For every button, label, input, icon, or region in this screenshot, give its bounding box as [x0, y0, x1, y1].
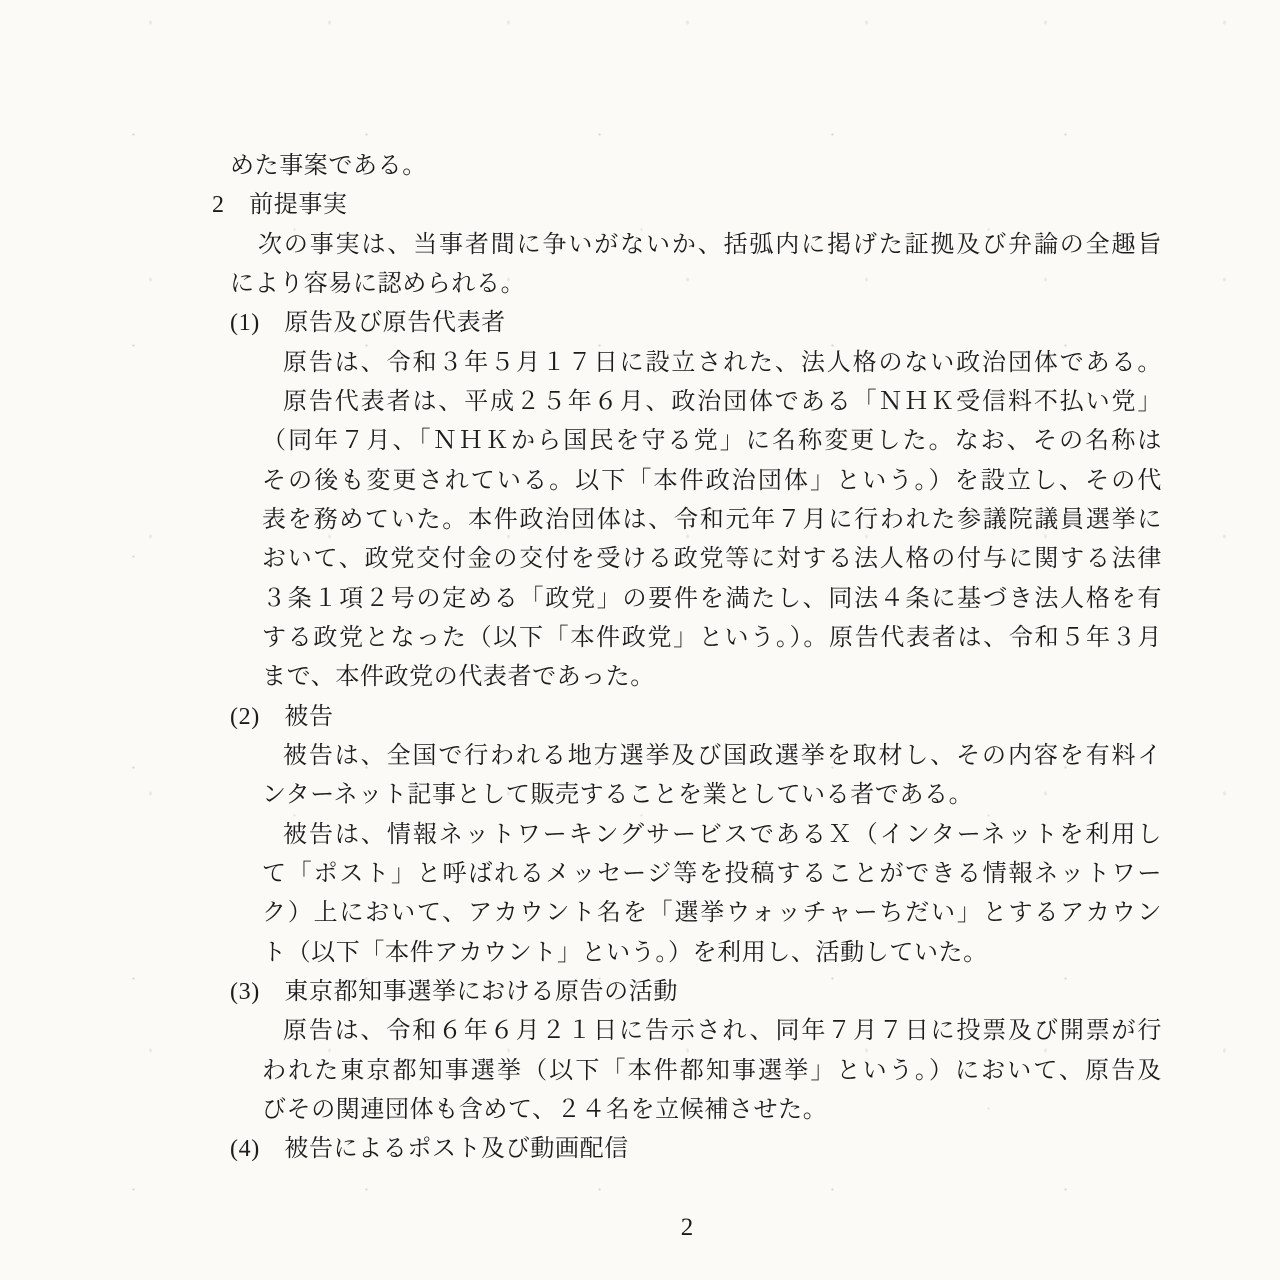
text-line: により容易に認められる。	[212, 265, 1162, 304]
text-line: 2 前提事実	[212, 186, 1162, 225]
text-line: おいて、政党交付金の交付を受ける政党等に対する法人格の付与に関する法律	[212, 540, 1162, 579]
text-line: その後も変更されている。以下「本件政治団体」という。）を設立し、その代	[212, 462, 1162, 501]
text-line: ト（以下「本件アカウント」という。）を利用し、活動していた。	[212, 934, 1162, 973]
text-line: ク）上において、アカウント名を「選挙ウォッチャーちだい」とするアカウン20	[212, 894, 1162, 933]
document-body: めた事案である。2 前提事実次の事実は、当事者間に争いがないか、括弧内に掲げた証…	[212, 147, 1162, 1170]
text-line: (4) 被告によるポスト及び動画配信	[212, 1130, 1162, 1169]
text-line: ンターネット記事として販売することを業としている者である。	[212, 776, 1162, 815]
text-line: びその関連団体も含めて、２４名を立候補させた。25	[212, 1091, 1162, 1130]
text-line: する政党となった（以下「本件政党」という。）。原告代表者は、令和５年３月	[212, 619, 1162, 658]
text-line: 原告は、令和３年５月１７日に設立された、法人格のない政治団体である。	[212, 344, 1162, 383]
text-line: われた東京都知事選挙（以下「本件都知事選挙」という。）において、原告及	[212, 1052, 1162, 1091]
text-line: （同年７月、「ＮＨＫから国民を守る党」に名称変更した。なお、その名称は	[212, 422, 1162, 461]
text-line: て「ポスト」と呼ばれるメッセージ等を投稿することができる情報ネットワー	[212, 855, 1162, 894]
text-line: 表を務めていた。本件政治団体は、令和元年７月に行われた参議院議員選挙に10	[212, 501, 1162, 540]
text-line: ３条１項２号の定める「政党」の要件を満たし、同法４条に基づき法人格を有	[212, 580, 1162, 619]
text-line: 被告は、全国で行われる地方選挙及び国政選挙を取材し、その内容を有料イ	[212, 737, 1162, 776]
text-line: (1) 原告及び原告代表者5	[212, 304, 1162, 343]
page-number: 2	[212, 1214, 1162, 1242]
text-line: 原告代表者は、平成２５年６月、政治団体である「ＮＨＫ受信料不払い党」	[212, 383, 1162, 422]
text-line: 次の事実は、当事者間に争いがないか、括弧内に掲げた証拠及び弁論の全趣旨	[212, 226, 1162, 265]
text-line: めた事案である。	[212, 147, 1162, 186]
text-line: 被告は、情報ネットワーキングサービスであるＸ（インターネットを利用し	[212, 816, 1162, 855]
text-line: 原告は、令和６年６月２１日に告示され、同年７月７日に投票及び開票が行	[212, 1012, 1162, 1051]
text-line: (2) 被告15	[212, 698, 1162, 737]
text-line: まで、本件政党の代表者であった。	[212, 658, 1162, 697]
document-page: めた事案である。2 前提事実次の事実は、当事者間に争いがないか、括弧内に掲げた証…	[0, 0, 1280, 1280]
text-line: (3) 東京都知事選挙における原告の活動	[212, 973, 1162, 1012]
